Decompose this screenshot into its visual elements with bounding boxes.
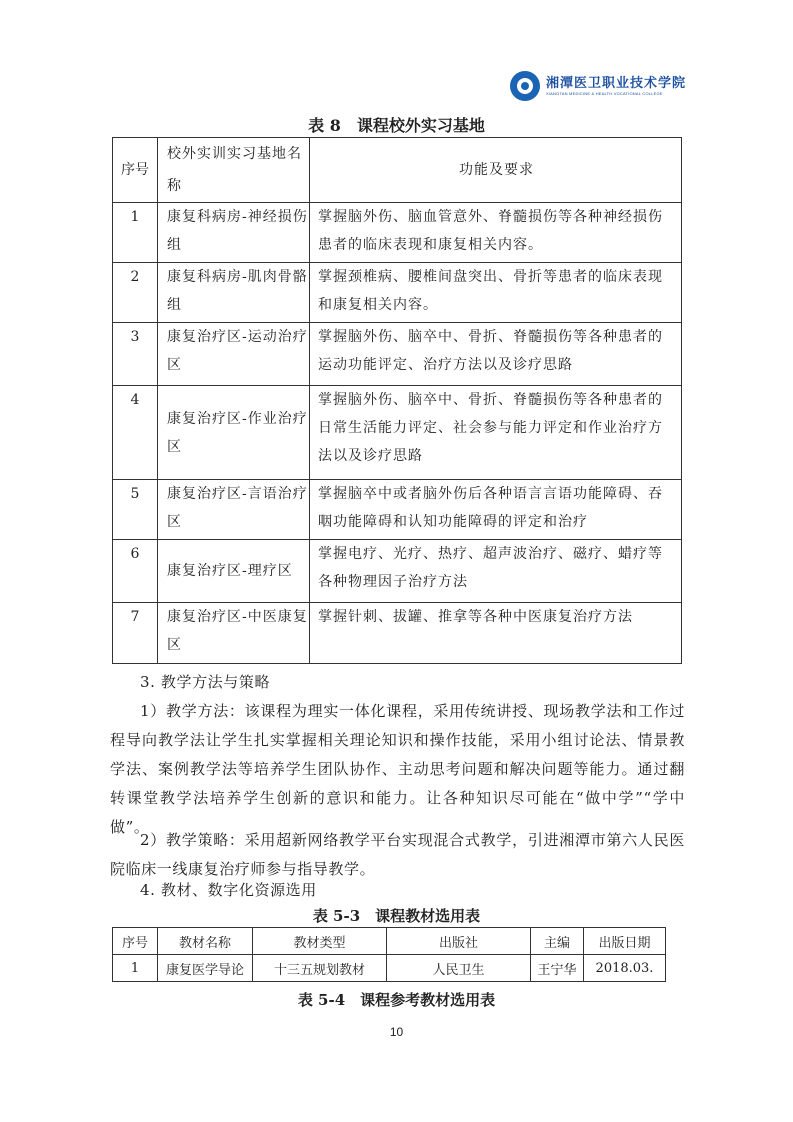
- college-logo: 湘潭医卫职业技术学院 XIANGTAN MEDICINE & HEALTH VO…: [510, 66, 700, 106]
- college-emblem-icon: [510, 71, 540, 101]
- row-no: 7: [113, 603, 158, 664]
- header-editor: 主编: [531, 928, 584, 955]
- table-row: 7 康复治疗区-中医康复区 掌握针刺、拔罐、推拿等各种中医康复治疗方法: [113, 603, 682, 664]
- table-header-row: 序号 教材名称 教材类型 出版社 主编 出版日期: [113, 928, 666, 955]
- row-no: 4: [113, 386, 158, 480]
- row-no: 6: [113, 540, 158, 603]
- table-header-row: 序号 校外实训实习基地名称 功能及要求: [113, 138, 682, 203]
- header-publisher: 出版社: [387, 928, 531, 955]
- header-no: 序号: [113, 138, 158, 203]
- table-row: 3 康复治疗区-运动治疗区 掌握脑外伤、脑卒中、骨折、脊髓损伤等各种患者的运动功…: [113, 323, 682, 386]
- row-function: 掌握脑外伤、脑卒中、骨折、脊髓损伤等各种患者的运动功能评定、治疗方法以及诊疗思路: [310, 323, 682, 386]
- row-base-name: 康复科病房-神经损伤组: [158, 203, 310, 263]
- header-function: 功能及要求: [310, 138, 682, 203]
- row-base-name: 康复治疗区-中医康复区: [158, 603, 310, 664]
- section-4-heading: 4. 教材、数字化资源选用: [110, 876, 685, 905]
- table-row: 4 康复治疗区-作业治疗区 掌握脑外伤、脑卒中、骨折、脊髓损伤等各种患者的日常生…: [113, 386, 682, 480]
- header-base-name: 校外实训实习基地名称: [158, 138, 310, 203]
- row-base-name: 康复治疗区-运动治疗区: [158, 323, 310, 386]
- row-function: 掌握脑外伤、脑血管意外、脊髓损伤等各种神经损伤患者的临床表现和康复相关内容。: [310, 203, 682, 263]
- table-row: 5 康复治疗区-言语治疗区 掌握脑卒中或者脑外伤后各种语言言语功能障碍、吞咽功能…: [113, 480, 682, 540]
- header-textbook-name: 教材名称: [158, 928, 253, 955]
- row-no: 5: [113, 480, 158, 540]
- row-no: 1: [113, 955, 158, 982]
- internship-base-table: 序号 校外实训实习基地名称 功能及要求 1 康复科病房-神经损伤组 掌握脑外伤、…: [112, 137, 682, 664]
- row-textbook-type: 十三五规划教材: [253, 955, 387, 982]
- row-no: 2: [113, 263, 158, 323]
- row-function: 掌握脑卒中或者脑外伤后各种语言言语功能障碍、吞咽功能障碍和认知功能障碍的评定和治…: [310, 480, 682, 540]
- logo-english-name: XIANGTAN MEDICINE & HEALTH VOCATIONAL CO…: [546, 91, 686, 97]
- row-no: 3: [113, 323, 158, 386]
- table8-caption: 表 8 课程校外实习基地: [0, 113, 793, 136]
- row-base-name: 康复治疗区-言语治疗区: [158, 480, 310, 540]
- page-number: 10: [0, 1025, 793, 1039]
- row-publisher: 人民卫生: [387, 955, 531, 982]
- logo-chinese-name: 湘潭医卫职业技术学院: [546, 76, 686, 91]
- table-row: 2 康复科病房-肌肉骨骼组 掌握颈椎病、腰椎间盘突出、骨折等患者的临床表现和康复…: [113, 263, 682, 323]
- header-textbook-type: 教材类型: [253, 928, 387, 955]
- table54-caption: 表 5-4 课程参考教材选用表: [0, 989, 793, 1010]
- row-function: 掌握颈椎病、腰椎间盘突出、骨折等患者的临床表现和康复相关内容。: [310, 263, 682, 323]
- teaching-methods-paragraph: 1）教学方法：该课程为理实一体化课程，采用传统讲授、现场教学法和工作过程导向教学…: [110, 697, 685, 842]
- header-no: 序号: [113, 928, 158, 955]
- section-3-heading: 3. 教学方法与策略: [110, 668, 685, 697]
- textbook-table: 序号 教材名称 教材类型 出版社 主编 出版日期 1 康复医学导论 十三五规划教…: [112, 927, 666, 982]
- row-textbook-name: 康复医学导论: [158, 955, 253, 982]
- table-row: 1 康复科病房-神经损伤组 掌握脑外伤、脑血管意外、脊髓损伤等各种神经损伤患者的…: [113, 203, 682, 263]
- row-function: 掌握针刺、拔罐、推拿等各种中医康复治疗方法: [310, 603, 682, 664]
- row-base-name: 康复治疗区-理疗区: [158, 540, 310, 603]
- header-publish-date: 出版日期: [584, 928, 666, 955]
- table-row: 6 康复治疗区-理疗区 掌握电疗、光疗、热疗、超声波治疗、磁疗、蜡疗等各种物理因…: [113, 540, 682, 603]
- table-row: 1 康复医学导论 十三五规划教材 人民卫生 王宁华 2018.03.: [113, 955, 666, 982]
- row-editor: 王宁华: [531, 955, 584, 982]
- row-function: 掌握电疗、光疗、热疗、超声波治疗、磁疗、蜡疗等各种物理因子治疗方法: [310, 540, 682, 603]
- row-base-name: 康复治疗区-作业治疗区: [158, 386, 310, 480]
- row-no: 1: [113, 203, 158, 263]
- row-base-name: 康复科病房-肌肉骨骼组: [158, 263, 310, 323]
- table53-caption: 表 5-3 课程教材选用表: [0, 905, 793, 926]
- row-publish-date: 2018.03.: [584, 955, 666, 982]
- row-function: 掌握脑外伤、脑卒中、骨折、脊髓损伤等各种患者的日常生活能力评定、社会参与能力评定…: [310, 386, 682, 480]
